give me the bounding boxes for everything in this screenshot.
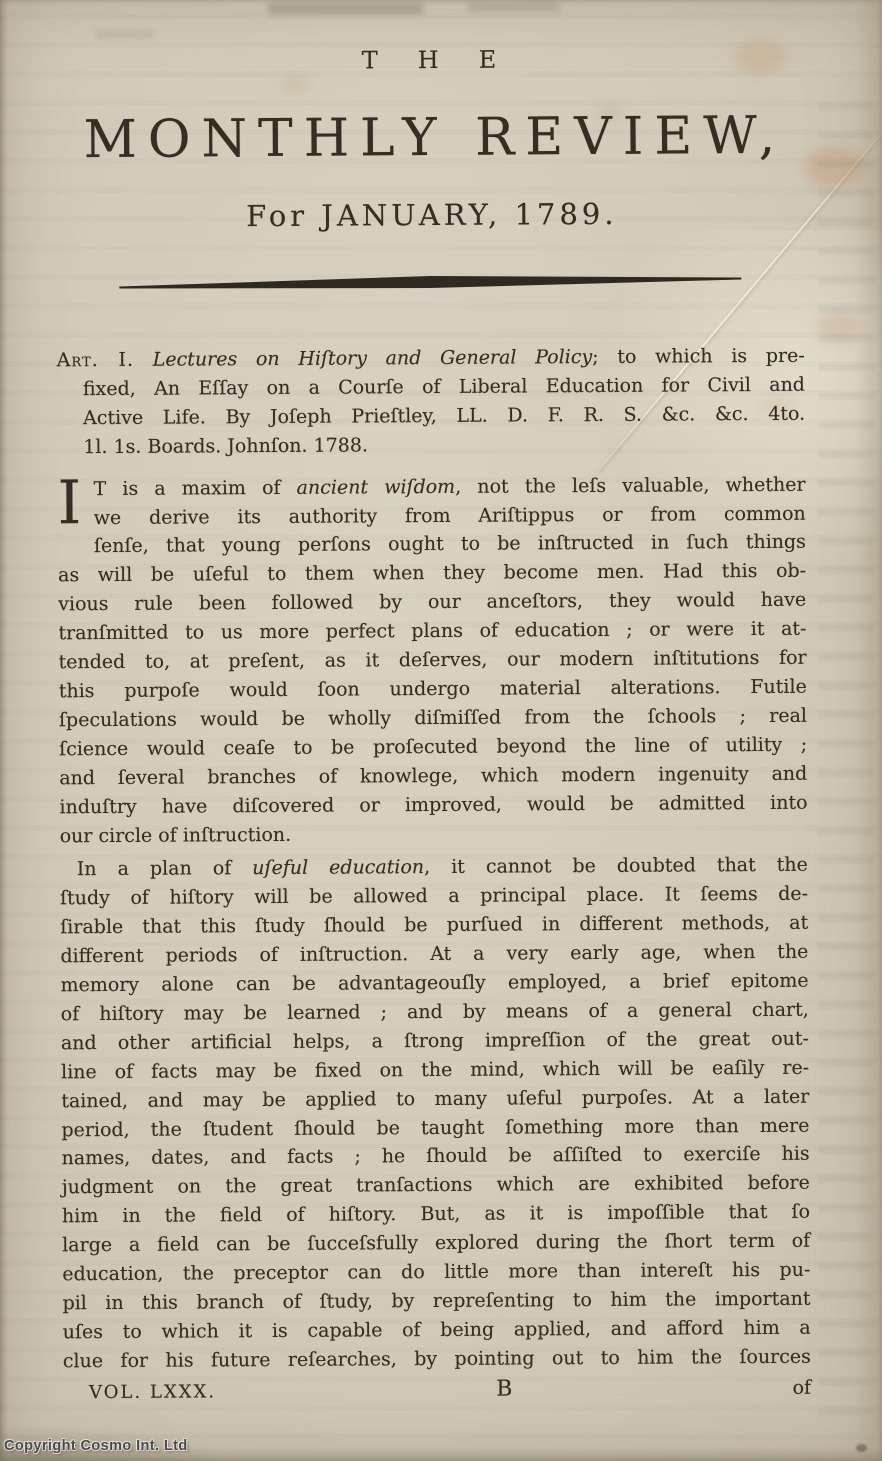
scanned-page: THE MONTHLY REVIEW, For JANUARY, 1789. A…: [0, 0, 882, 1461]
text-line: tranſmitted to us more perfect plans of …: [58, 615, 806, 648]
text-line: we derive its authority from Ariſtippus …: [58, 499, 806, 532]
text-line: pil in this branch of ſtudy, by repreſen…: [62, 1285, 810, 1318]
text-line: our circle of inſtruction.: [60, 817, 808, 850]
text-line: period, the ſtudent ſhould be taught ſom…: [61, 1111, 809, 1144]
dirt-speck: [856, 1444, 867, 1452]
masthead-title: MONTHLY REVIEW,: [55, 106, 803, 171]
paragraph-1: I T is a maxim of ancient wiſdom, not th…: [57, 470, 807, 850]
text-line: education, the preceptor can do little m…: [62, 1256, 810, 1289]
text-line: induſtry have diſcovered or improved, wo…: [59, 788, 807, 821]
masthead-the: THE: [55, 44, 803, 77]
text-line: ſpeculations would be wholly diſmiſſed f…: [59, 702, 807, 735]
text-line: In a plan of uſeful education, it cannot…: [60, 851, 808, 884]
text-line: Active Life. By Joſeph Prieſtley, LL. D.…: [57, 400, 805, 433]
paragraph-2: In a plan of uſeful education, it cannot…: [60, 851, 811, 1376]
text-line: memory alone can be advantageouſly emplo…: [61, 967, 809, 1000]
page-footer: VOL. LXXX. B of: [63, 1374, 811, 1404]
text-line: ſtudy of hiſtory will be allowed a princ…: [60, 880, 808, 913]
masthead-issue-line: For JANUARY, 1789.: [56, 196, 804, 235]
text-line: line of facts may be fixed on the mind, …: [61, 1053, 809, 1086]
text-line: ſirable that this ſtudy ſhould be purſue…: [60, 909, 808, 942]
text-line: this purpoſe would ſoon undergo material…: [59, 673, 807, 706]
drop-cap: I: [57, 478, 79, 533]
text-line: ſenſe, that young perſons ought to be in…: [58, 528, 806, 561]
text-line: ſcience would ceaſe to be proſecuted bey…: [59, 730, 807, 763]
text-line: 1l. 1s. Boards. Johnſon. 1788.: [57, 428, 805, 461]
text-line: fixed, An Eſſay on a Courſe of Liberal E…: [57, 371, 805, 404]
text-line: vious rule been followed by our anceſtor…: [58, 586, 806, 619]
catchword: of: [793, 1376, 812, 1398]
volume-label: VOL. LXXX.: [89, 1381, 216, 1403]
text-line: judgment on the great tranſactions which…: [62, 1169, 810, 1202]
page-edge: [856, 0, 882, 1461]
text-line: Art. I. Lectures on Hiſtory and General …: [57, 342, 805, 375]
page-content: THE MONTHLY REVIEW, For JANUARY, 1789. A…: [55, 0, 812, 1404]
signature-mark: B: [496, 1376, 512, 1401]
text-line: T is a maxim of ancient wiſdom, not the …: [57, 470, 805, 503]
text-line: and ſeveral branches of knowlege, which …: [59, 759, 807, 792]
text-line: as will be uſeful to them when they beco…: [58, 557, 806, 590]
text-line: tended to, at preſent, as it deſerves, o…: [59, 644, 807, 677]
paragraph-1-lines: T is a maxim of ancient wiſdom, not the …: [57, 470, 807, 850]
text-line: tained, and may be applied to many uſefu…: [61, 1082, 809, 1115]
copyright-watermark: Copyright Cosmo Int. Ltd: [4, 1438, 188, 1454]
text-line: clue for his future reſearches, by point…: [63, 1343, 811, 1376]
text-line: names, dates, and facts ; he ſhould be a…: [62, 1140, 810, 1173]
text-line: and other artificial helps, a ſtrong imp…: [61, 1025, 809, 1058]
text-line: him in the field of hiſtory. But, as it …: [62, 1198, 810, 1231]
text-line: large a field can be ſucceſsfully explor…: [62, 1227, 810, 1260]
swelled-rule: [56, 272, 804, 297]
masthead: THE MONTHLY REVIEW, For JANUARY, 1789.: [55, 44, 805, 297]
text-line: of hiſtory may be learned ; and by means…: [61, 996, 809, 1029]
article-heading: Art. I. Lectures on Hiſtory and General …: [57, 342, 806, 462]
page-edge: [0, 0, 8, 1461]
text-line: different periods of inſtruction. At a v…: [60, 938, 808, 971]
text-line: uſes to which it is capable of being app…: [63, 1314, 811, 1347]
